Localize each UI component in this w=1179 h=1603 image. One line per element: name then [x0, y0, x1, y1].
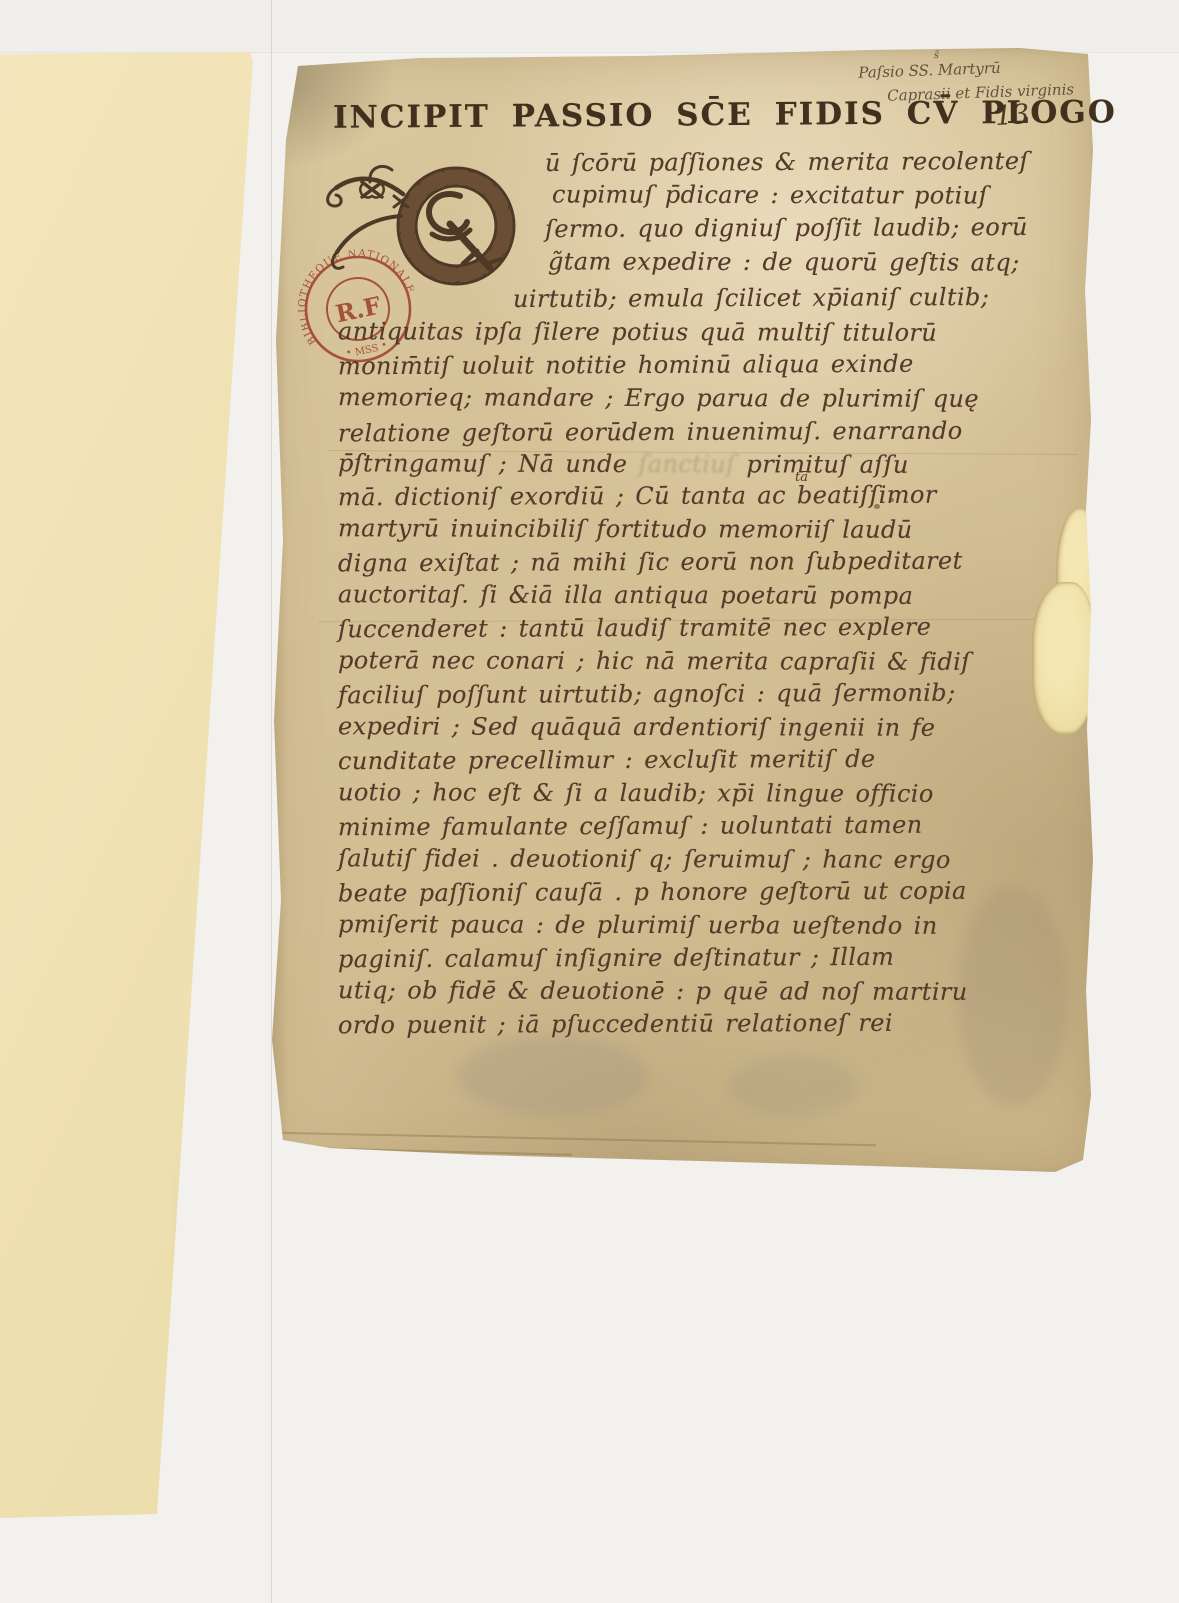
- flyleaf: [0, 52, 260, 1520]
- backdrop-seam: [271, 0, 272, 1603]
- parchment-crease: [318, 619, 1078, 623]
- show-through-smudge: [958, 886, 1068, 1106]
- stamp-bottom-text: MSS: [354, 343, 380, 359]
- decorated-initial-q: [310, 138, 562, 310]
- incipit-title: INCIPIT PASSIO SC̄E FIDIS CV̄ PLOGO: [333, 94, 1117, 135]
- underlying-leaf-edge: [272, 1146, 572, 1156]
- sewing-hole: [265, 520, 270, 529]
- show-through-smudge: [728, 1056, 858, 1116]
- show-through-smudge: [458, 1036, 648, 1116]
- ink-spot: [874, 504, 880, 509]
- gutter-edge: [258, 46, 288, 1178]
- annotation-superscript: s̃: [934, 50, 940, 61]
- ink-spot: [890, 498, 894, 502]
- photo-backdrop-top: [0, 0, 1179, 53]
- parchment-crease: [328, 450, 1078, 455]
- damage-hole: [1028, 508, 1100, 736]
- underlying-leaf-edge: [276, 1132, 876, 1147]
- flyleaf-edge-shading: [172, 52, 232, 1520]
